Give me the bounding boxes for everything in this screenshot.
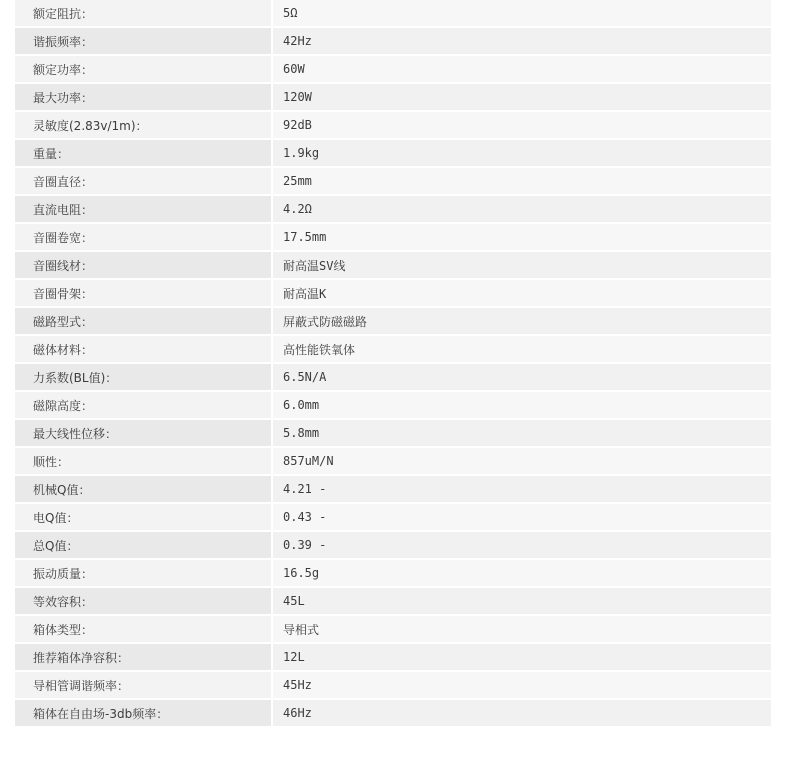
- table-row: 音圈直径： 25mm: [15, 168, 771, 194]
- spec-label: 振动质量：: [15, 560, 273, 586]
- spec-label: 箱体类型：: [15, 616, 273, 642]
- table-row: 谐振频率： 42Hz: [15, 28, 771, 54]
- table-row: 额定功率： 60W: [15, 56, 771, 82]
- spec-value: 12L: [273, 644, 771, 670]
- table-row: 磁体材料： 高性能铁氧体: [15, 336, 771, 362]
- table-row: 总Q值： 0.39 -: [15, 532, 771, 558]
- spec-label: 磁体材料：: [15, 336, 273, 362]
- spec-value: 屏蔽式防磁磁路: [273, 308, 771, 334]
- table-row: 灵敏度(2.83v/1m)： 92dB: [15, 112, 771, 138]
- table-row: 最大功率： 120W: [15, 84, 771, 110]
- spec-value: 92dB: [273, 112, 771, 138]
- spec-value: 857uM/N: [273, 448, 771, 474]
- spec-value: 16.5g: [273, 560, 771, 586]
- spec-label: 谐振频率：: [15, 28, 273, 54]
- spec-value: 45Hz: [273, 672, 771, 698]
- table-row: 箱体类型： 导相式: [15, 616, 771, 642]
- spec-label: 重量：: [15, 140, 273, 166]
- spec-value: 1.9kg: [273, 140, 771, 166]
- table-row: 电Q值： 0.43 -: [15, 504, 771, 530]
- spec-value: 17.5mm: [273, 224, 771, 250]
- spec-label: 导相管调谐频率：: [15, 672, 273, 698]
- spec-value: 6.0mm: [273, 392, 771, 418]
- spec-value: 0.43 -: [273, 504, 771, 530]
- spec-label: 额定功率：: [15, 56, 273, 82]
- spec-value: 42Hz: [273, 28, 771, 54]
- spec-label: 磁路型式：: [15, 308, 273, 334]
- table-row: 音圈卷宽： 17.5mm: [15, 224, 771, 250]
- spec-value: 4.21 -: [273, 476, 771, 502]
- spec-label: 等效容积：: [15, 588, 273, 614]
- table-row: 顺性： 857uM/N: [15, 448, 771, 474]
- spec-value: 46Hz: [273, 700, 771, 726]
- spec-label: 箱体在自由场-3db频率：: [15, 700, 273, 726]
- table-row: 音圈线材： 耐高温SV线: [15, 252, 771, 278]
- table-row: 最大线性位移： 5.8mm: [15, 420, 771, 446]
- table-row: 磁路型式： 屏蔽式防磁磁路: [15, 308, 771, 334]
- spec-label: 最大功率：: [15, 84, 273, 110]
- table-row: 重量： 1.9kg: [15, 140, 771, 166]
- spec-label: 音圈卷宽：: [15, 224, 273, 250]
- spec-value: 耐高温SV线: [273, 252, 771, 278]
- spec-label: 灵敏度(2.83v/1m)：: [15, 112, 273, 138]
- spec-label: 电Q值：: [15, 504, 273, 530]
- table-row: 导相管调谐频率： 45Hz: [15, 672, 771, 698]
- spec-value: 60W: [273, 56, 771, 82]
- table-row: 音圈骨架： 耐高温K: [15, 280, 771, 306]
- spec-value: 高性能铁氧体: [273, 336, 771, 362]
- table-row: 机械Q值： 4.21 -: [15, 476, 771, 502]
- spec-label: 直流电阻：: [15, 196, 273, 222]
- spec-value: 导相式: [273, 616, 771, 642]
- spec-value: 4.2Ω: [273, 196, 771, 222]
- spec-label: 机械Q值：: [15, 476, 273, 502]
- spec-label: 力系数(BL值)：: [15, 364, 273, 390]
- spec-table: 额定阻抗： 5Ω 谐振频率： 42Hz 额定功率： 60W 最大功率： 120W…: [15, 0, 771, 728]
- spec-label: 额定阻抗：: [15, 0, 273, 26]
- spec-label: 顺性：: [15, 448, 273, 474]
- spec-value: 0.39 -: [273, 532, 771, 558]
- spec-value: 45L: [273, 588, 771, 614]
- spec-label: 音圈直径：: [15, 168, 273, 194]
- spec-label: 总Q值：: [15, 532, 273, 558]
- table-row: 等效容积： 45L: [15, 588, 771, 614]
- spec-value: 耐高温K: [273, 280, 771, 306]
- spec-value: 5Ω: [273, 0, 771, 26]
- table-row: 振动质量： 16.5g: [15, 560, 771, 586]
- spec-value: 25mm: [273, 168, 771, 194]
- spec-label: 音圈线材：: [15, 252, 273, 278]
- table-row: 额定阻抗： 5Ω: [15, 0, 771, 26]
- spec-value: 6.5N/A: [273, 364, 771, 390]
- spec-label: 音圈骨架：: [15, 280, 273, 306]
- spec-value: 5.8mm: [273, 420, 771, 446]
- table-row: 推荐箱体净容积： 12L: [15, 644, 771, 670]
- spec-label: 最大线性位移：: [15, 420, 273, 446]
- spec-label: 磁隙高度：: [15, 392, 273, 418]
- table-row: 直流电阻： 4.2Ω: [15, 196, 771, 222]
- spec-value: 120W: [273, 84, 771, 110]
- table-row: 磁隙高度： 6.0mm: [15, 392, 771, 418]
- table-row: 箱体在自由场-3db频率： 46Hz: [15, 700, 771, 726]
- table-row: 力系数(BL值)： 6.5N/A: [15, 364, 771, 390]
- spec-label: 推荐箱体净容积：: [15, 644, 273, 670]
